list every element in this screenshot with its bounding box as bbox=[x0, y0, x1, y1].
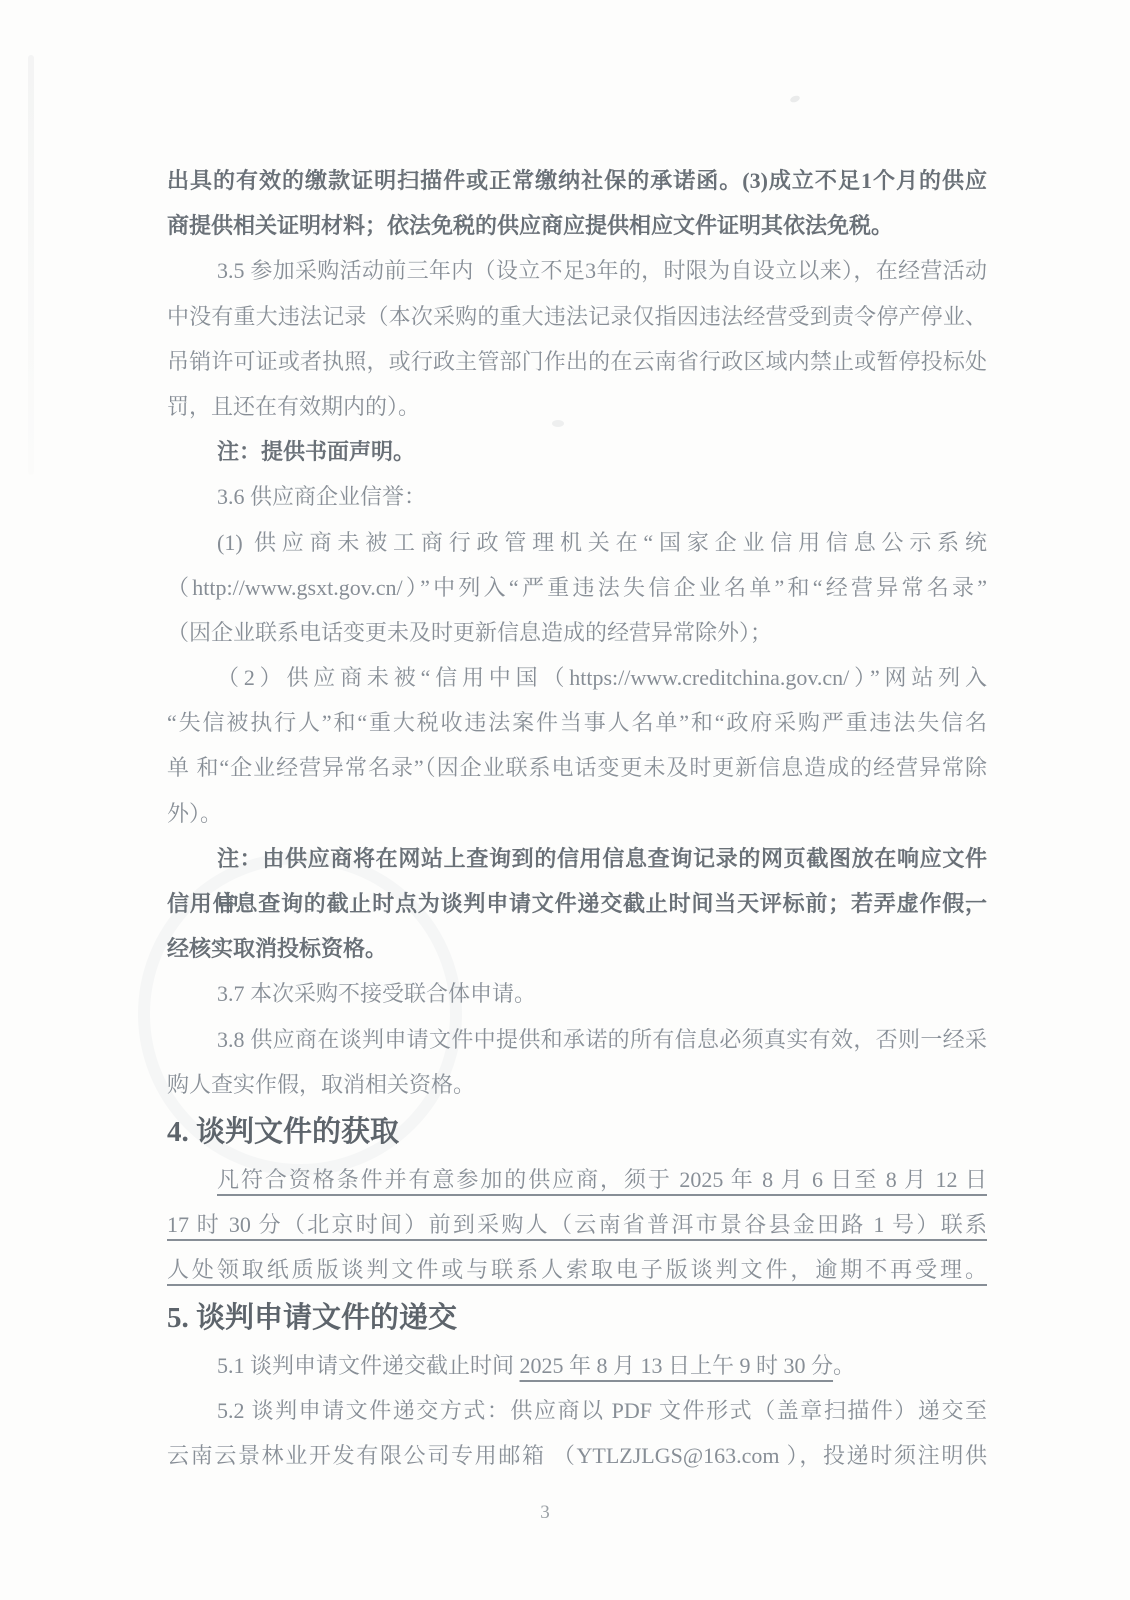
section-heading: 4. 谈判文件的获取 bbox=[167, 1107, 987, 1157]
text-segment: 商提供相关证明材料；依法免税的供应商应提供相应文件证明其依法免税。 bbox=[167, 213, 893, 238]
scanned-document-page: 出具的有效的缴款证明扫描件或正常缴纳社保的承诺函。(3)成立不足1个月的供应商提… bbox=[0, 0, 1130, 1600]
text-line: 单 和“企业经营异常名录”（因企业联系电话变更未及时更新信息造成的经营异常除 bbox=[167, 745, 987, 790]
text-segment: 罚，且还在有效期内的）。 bbox=[167, 394, 420, 419]
text-line: 云南云景林业开发有限公司专用邮箱 （YTLZJLGS@163.com ），投递时… bbox=[167, 1433, 987, 1478]
text-segment: （http://www.gsxt.gov.cn/）”中列入“严重违法失信企业名单… bbox=[167, 575, 987, 600]
text-line: 凡符合资格条件并有意参加的供应商，须于 2025 年 8 月 6 日至 8 月 … bbox=[167, 1157, 987, 1202]
text-segment: 3.6 供应商企业信誉： bbox=[217, 484, 426, 509]
text-segment: 3.5 参加采购活动前三年内（设立不足3年的，时限为自设立以来），在经营活动 bbox=[217, 258, 987, 283]
text-segment: “失信被执行人”和“重大税收违法案件当事人名单”和“政府采购严重违法失信名 bbox=[167, 710, 987, 735]
text-line: 3.6 供应商企业信誉： bbox=[167, 474, 987, 519]
text-line: 5.1 谈判申请文件递交截止时间 2025 年 8 月 13 日上午 9 时 3… bbox=[167, 1343, 987, 1388]
text-segment: 5.1 谈判申请文件递交截止时间 bbox=[217, 1353, 520, 1378]
text-line: （http://www.gsxt.gov.cn/）”中列入“严重违法失信企业名单… bbox=[167, 565, 987, 610]
text-line: 外）。 bbox=[167, 791, 987, 836]
text-line: 罚，且还在有效期内的）。 bbox=[167, 384, 987, 429]
text-line: 3.7 本次采购不接受联合体申请。 bbox=[167, 971, 987, 1016]
text-line: 3.5 参加采购活动前三年内（设立不足3年的，时限为自设立以来），在经营活动 bbox=[167, 248, 987, 293]
text-line: 17 时 30 分（北京时间）前到采购人（云南省普洱市景谷县金田路 1 号）联系 bbox=[167, 1202, 987, 1247]
text-line: 3.8 供应商在谈判申请文件中提供和承诺的所有信息必须真实有效，否则一经采 bbox=[167, 1017, 987, 1062]
section-heading: 5. 谈判申请文件的递交 bbox=[167, 1293, 987, 1343]
text-segment: (1) 供应商未被工商行政管理机关在“国家企业信用信息公示系统 bbox=[217, 530, 987, 555]
text-segment: 外）。 bbox=[167, 801, 222, 826]
text-line: 出具的有效的缴款证明扫描件或正常缴纳社保的承诺函。(3)成立不足1个月的供应 bbox=[167, 158, 987, 203]
text-segment: 信用信息查询的截止时点为谈判申请文件递交截止时间当天评标前；若弄虚作假一 bbox=[167, 891, 987, 916]
text-line: 注：由供应商将在网站上查询到的信用信息查询记录的网页截图放在响应文件中， bbox=[167, 836, 987, 881]
text-segment: 注：提供书面声明。 bbox=[217, 439, 415, 464]
text-line: 经核实取消投标资格。 bbox=[167, 926, 987, 971]
document-content: 出具的有效的缴款证明扫描件或正常缴纳社保的承诺函。(3)成立不足1个月的供应商提… bbox=[167, 158, 987, 1478]
text-segment: 。 bbox=[833, 1353, 855, 1378]
text-segment: 3.8 供应商在谈判申请文件中提供和承诺的所有信息必须真实有效，否则一经采 bbox=[217, 1027, 987, 1052]
text-line: “失信被执行人”和“重大税收违法案件当事人名单”和“政府采购严重违法失信名 bbox=[167, 700, 987, 745]
underlined-text-segment: 凡符合资格条件并有意参加的供应商，须于 2025 年 8 月 6 日至 8 月 … bbox=[217, 1167, 987, 1192]
text-line: （2）供应商未被“信用中国（https://www.creditchina.go… bbox=[167, 655, 987, 700]
text-segment: 经核实取消投标资格。 bbox=[167, 936, 387, 961]
text-segment: 购人查实作假，取消相关资格。 bbox=[167, 1072, 475, 1097]
text-line: 购人查实作假，取消相关资格。 bbox=[167, 1062, 987, 1107]
text-segment: 云南云景林业开发有限公司专用邮箱 （YTLZJLGS@163.com ），投递时… bbox=[167, 1443, 987, 1468]
text-segment: 单 和“企业经营异常名录”（因企业联系电话变更未及时更新信息造成的经营异常除 bbox=[167, 755, 987, 780]
text-line: 人处领取纸质版谈判文件或与联系人索取电子版谈判文件，逾期不再受理。 bbox=[167, 1247, 987, 1292]
underlined-text-segment: 17 时 30 分（北京时间）前到采购人（云南省普洱市景谷县金田路 1 号）联系 bbox=[167, 1212, 987, 1237]
text-line: 5.2 谈判申请文件递交方式：供应商以 PDF 文件形式（盖章扫描件）递交至 bbox=[167, 1388, 987, 1433]
underlined-text-segment: 2025 年 8 月 13 日上午 9 时 30 分 bbox=[520, 1353, 834, 1378]
text-line: 信用信息查询的截止时点为谈判申请文件递交截止时间当天评标前；若弄虚作假一 bbox=[167, 881, 987, 926]
text-line: 中没有重大违法记录（本次采购的重大违法记录仅指因违法经营受到责令停产停业、 bbox=[167, 294, 987, 339]
text-line: 吊销许可证或者执照，或行政主管部门作出的在云南省行政区域内禁止或暂停投标处 bbox=[167, 339, 987, 384]
text-line: （因企业联系电话变更未及时更新信息造成的经营异常除外）； bbox=[167, 610, 987, 655]
text-segment: 4. 谈判文件的获取 bbox=[167, 1116, 399, 1148]
text-segment: （因企业联系电话变更未及时更新信息造成的经营异常除外）； bbox=[167, 620, 772, 645]
text-segment: 吊销许可证或者执照，或行政主管部门作出的在云南省行政区域内禁止或暂停投标处 bbox=[167, 349, 987, 374]
text-segment: 3.7 本次采购不接受联合体申请。 bbox=[217, 981, 536, 1006]
text-line: 商提供相关证明材料；依法免税的供应商应提供相应文件证明其依法免税。 bbox=[167, 203, 987, 248]
page-number: 3 bbox=[0, 1502, 1090, 1524]
text-line: 注：提供书面声明。 bbox=[167, 429, 987, 474]
text-segment: 出具的有效的缴款证明扫描件或正常缴纳社保的承诺函。(3)成立不足1个月的供应 bbox=[167, 168, 987, 193]
text-line: (1) 供应商未被工商行政管理机关在“国家企业信用信息公示系统 bbox=[167, 520, 987, 565]
text-segment: （2）供应商未被“信用中国（https://www.creditchina.go… bbox=[217, 665, 987, 690]
scan-speck bbox=[789, 94, 800, 103]
underlined-text-segment: 人处领取纸质版谈判文件或与联系人索取电子版谈判文件，逾期不再受理。 bbox=[167, 1257, 987, 1282]
text-segment: 5.2 谈判申请文件递交方式：供应商以 PDF 文件形式（盖章扫描件）递交至 bbox=[217, 1398, 987, 1423]
text-segment: 中没有重大违法记录（本次采购的重大违法记录仅指因违法经营受到责令停产停业、 bbox=[167, 304, 987, 329]
scan-edge-smudge bbox=[28, 55, 34, 475]
text-segment: 5. 谈判申请文件的递交 bbox=[167, 1302, 457, 1334]
